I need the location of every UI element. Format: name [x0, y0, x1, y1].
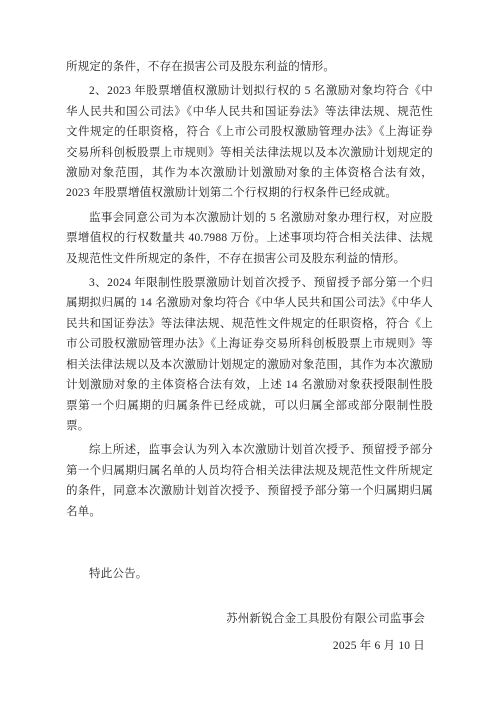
document-page: 所规定的条件，不存在损害公司及股东利益的情形。 2、2023 年股票增值权激励计… [0, 0, 500, 707]
paragraph-item-3: 3、2024 年限制性股票激励计划首次授予、预留授予部分第一个归属期拟归属的 1… [66, 273, 433, 436]
paragraph-item-2: 2、2023 年股票增值权激励计划拟行权的 5 名激励对象均符合《中华人民共和国… [66, 81, 433, 203]
paragraph-supervisory-approval: 监事会同意公司为本次激励计划的 5 名激励对象办理行权，对应股票增值权的行权数量… [66, 208, 433, 269]
signature-block: 苏州新锐合金工具股份有限公司监事会 2025 年 6 月 10 日 [66, 609, 433, 656]
signature-company: 苏州新锐合金工具股份有限公司监事会 [66, 609, 425, 629]
closing-statement: 特此公告。 [66, 564, 433, 584]
signature-date: 2025 年 6 月 10 日 [66, 636, 425, 656]
paragraph-conclusion: 综上所述，监事会认为列入本次激励计划首次授予、预留授予部分第一个归属期归属名单的… [66, 440, 433, 522]
paragraph-continuation: 所规定的条件，不存在损害公司及股东利益的情形。 [66, 57, 433, 77]
